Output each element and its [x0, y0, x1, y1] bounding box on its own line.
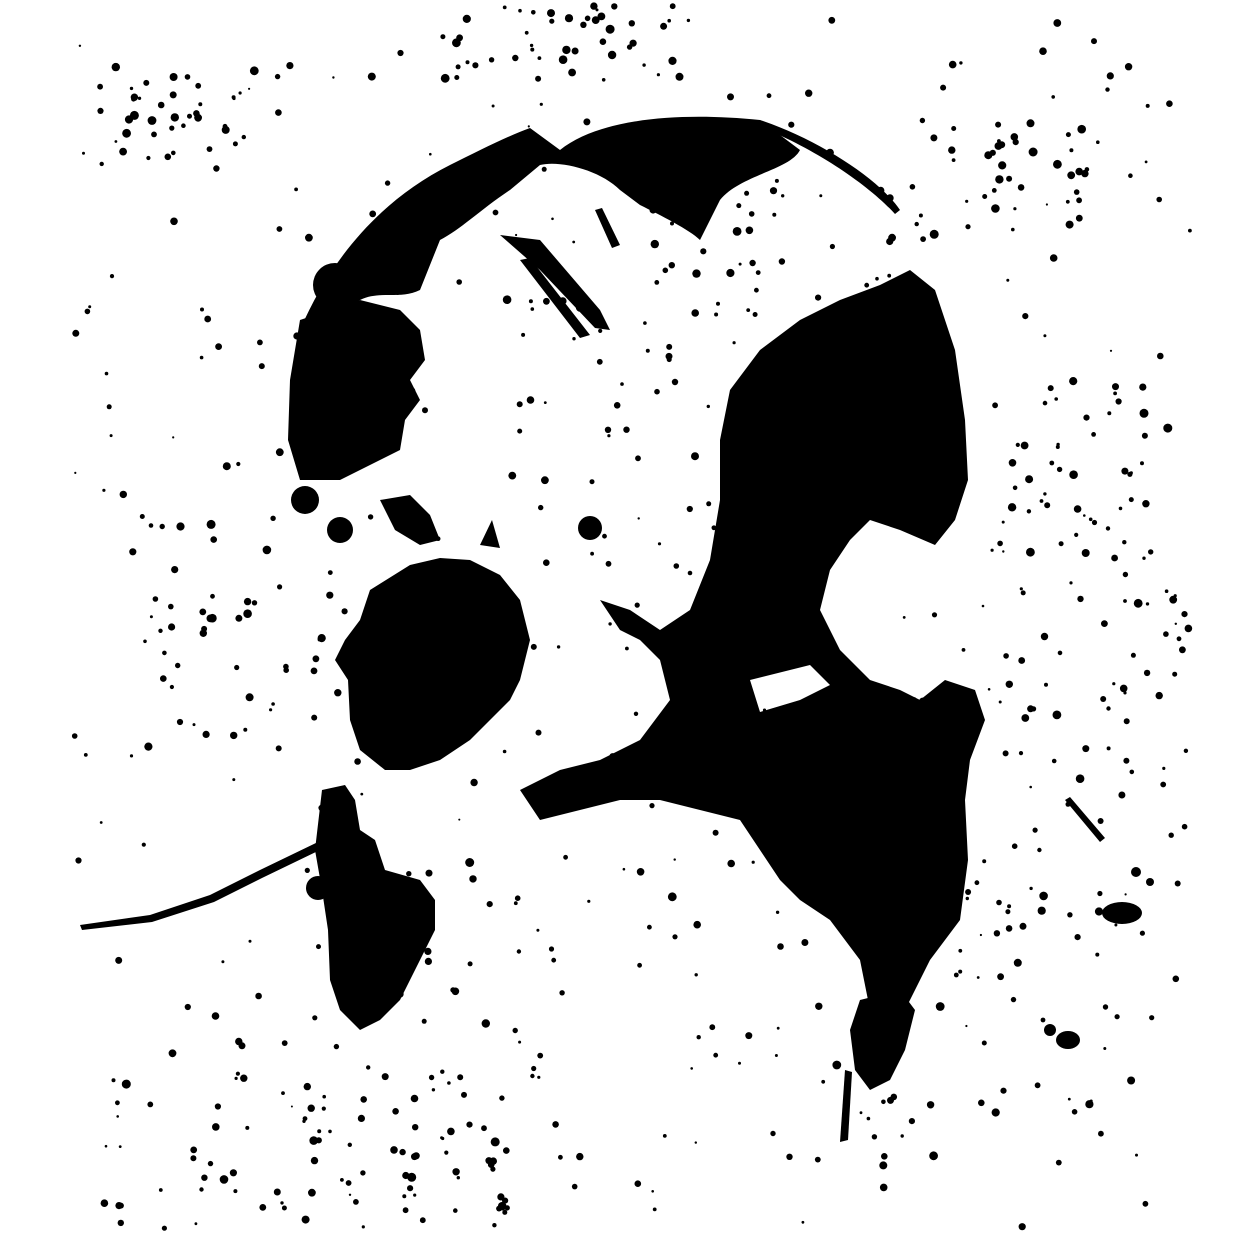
image-canvas: High-contrast thresholded image of an ar…: [0, 0, 1248, 1248]
thresholded-image: [0, 0, 1248, 1248]
